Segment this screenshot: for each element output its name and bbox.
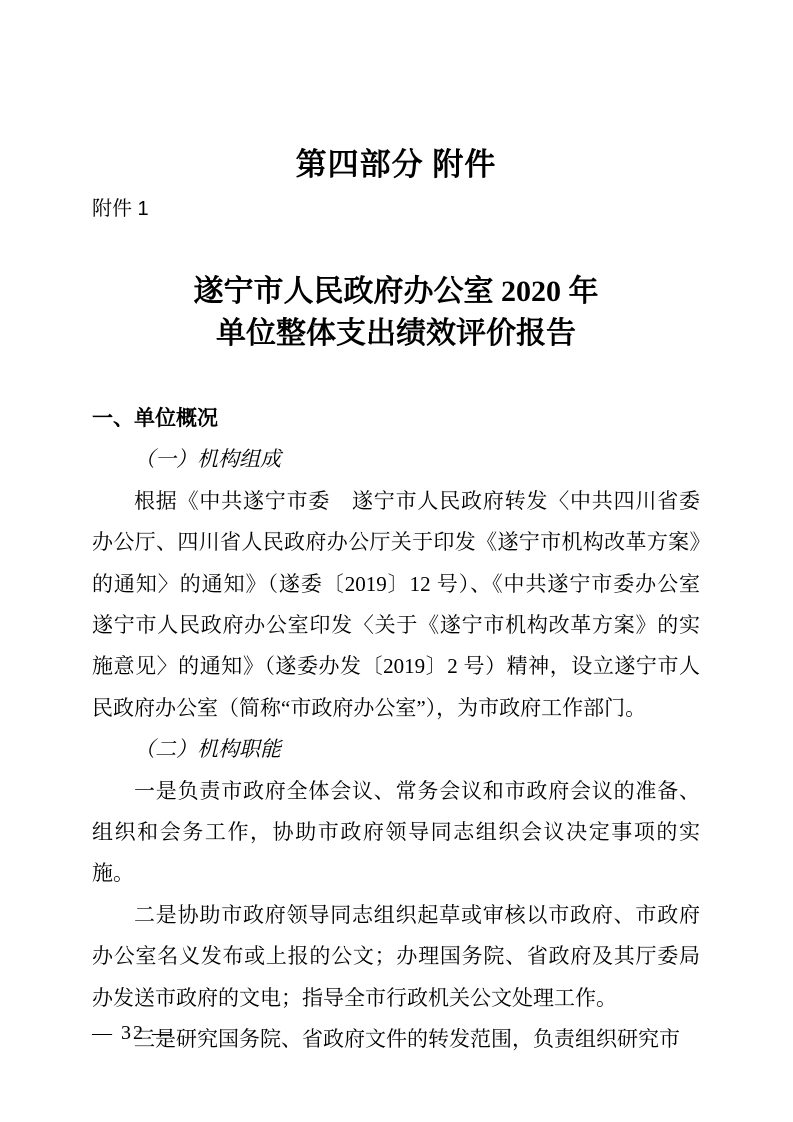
page-number: — 32 —	[92, 1021, 174, 1045]
paragraph-establishment-basis: 根据《中共遂宁市委 遂宁市人民政府转发〈中共四川省委办公厅、四川省人民政府办公厅…	[92, 481, 700, 729]
section-heading-unit-overview: 一、单位概况	[92, 398, 700, 439]
attachment-label: 附件 1	[92, 196, 700, 222]
sub-heading-organization-functions: （二）机构职能	[92, 729, 700, 770]
document-title-line2: 单位整体支出绩效评价报告	[92, 313, 700, 355]
sub-heading-organization-composition: （一）机构组成	[92, 439, 700, 480]
paragraph-function-2: 二是协助市政府领导同志组织起草或审核以市政府、市政府办公室名义发布或上报的公文；…	[92, 895, 700, 1019]
document-page: 第四部分 附件 附件 1 遂宁市人民政府办公室 2020 年 单位整体支出绩效评…	[0, 0, 793, 1122]
document-body: 一、单位概况 （一）机构组成 根据《中共遂宁市委 遂宁市人民政府转发〈中共四川省…	[92, 398, 700, 1061]
paragraph-function-1: 一是负责市政府全体会议、常务会议和市政府会议的准备、组织和会务工作，协助市政府领…	[92, 771, 700, 895]
paragraph-function-3-truncated: 三是研究国务院、省政府文件的转发范围，负责组织研究市	[92, 1019, 700, 1060]
document-title: 遂宁市人民政府办公室 2020 年 单位整体支出绩效评价报告	[92, 271, 700, 355]
part-title: 第四部分 附件	[92, 0, 700, 183]
document-title-line1: 遂宁市人民政府办公室 2020 年	[92, 271, 700, 313]
